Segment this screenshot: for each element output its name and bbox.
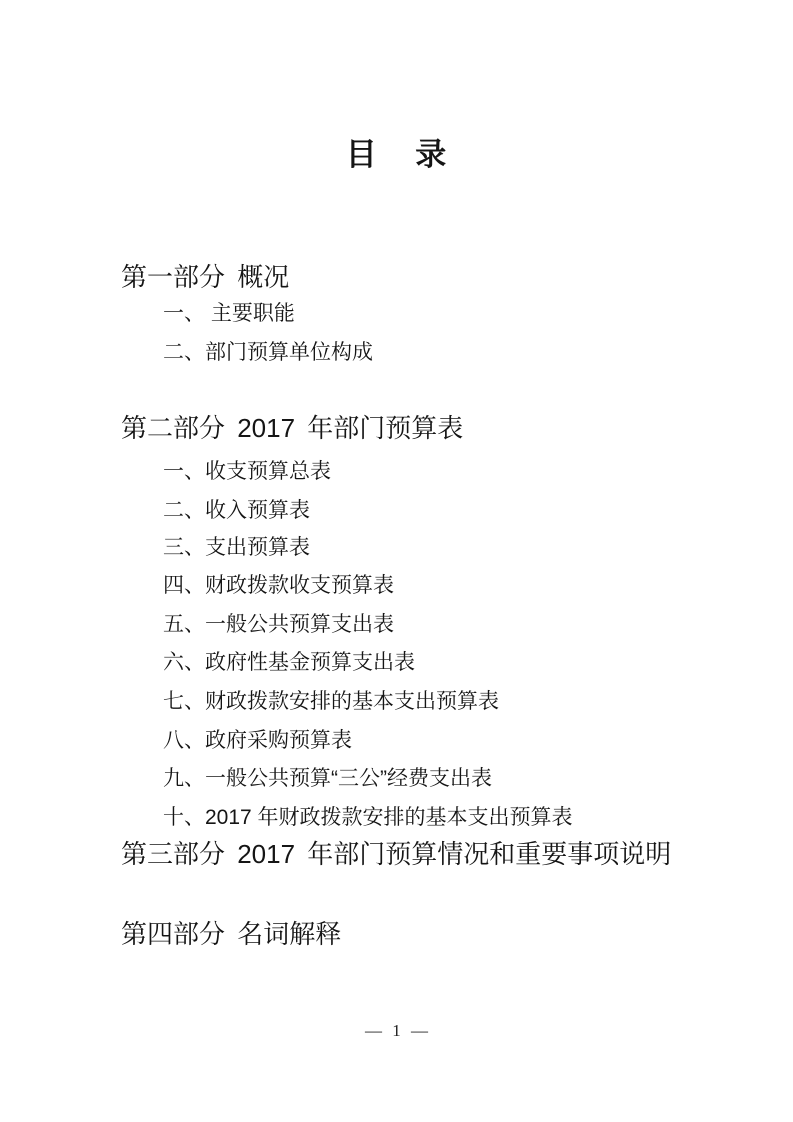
toc-item: 九、一般公共预算“三公”经费支出表 bbox=[163, 767, 492, 791]
toc-item: 二、收入预算表 bbox=[163, 499, 310, 523]
toc-item: 八、政府采购预算表 bbox=[163, 729, 352, 753]
toc-item: 四、财政拨款收支预算表 bbox=[163, 574, 394, 598]
toc-item: 一、 主要职能 bbox=[163, 302, 295, 326]
toc-part-3-heading: 第三部分 2017 年部门预算情况和重要事项说明 bbox=[121, 840, 671, 869]
toc-item: 六、政府性基金预算支出表 bbox=[163, 651, 415, 675]
document-page: 目 录 第一部分 概况 一、 主要职能 二、部门预算单位构成 第二部分 2017… bbox=[0, 0, 793, 1122]
toc-item: 七、财政拨款安排的基本支出预算表 bbox=[163, 690, 499, 714]
toc-part-2-heading: 第二部分 2017 年部门预算表 bbox=[121, 414, 463, 443]
toc-item: 一、收支预算总表 bbox=[163, 460, 331, 484]
page-title: 目 录 bbox=[0, 138, 793, 172]
toc-item: 三、支出预算表 bbox=[163, 536, 310, 560]
toc-part-4-heading: 第四部分 名词解释 bbox=[121, 920, 341, 949]
toc-item: 十、2017 年财政拨款安排的基本支出预算表 bbox=[163, 806, 573, 830]
toc-item: 五、一般公共预算支出表 bbox=[163, 613, 394, 637]
page-number: — 1 — bbox=[0, 1021, 793, 1041]
toc-part-1-heading: 第一部分 概况 bbox=[121, 263, 289, 292]
toc-item: 二、部门预算单位构成 bbox=[163, 341, 373, 365]
